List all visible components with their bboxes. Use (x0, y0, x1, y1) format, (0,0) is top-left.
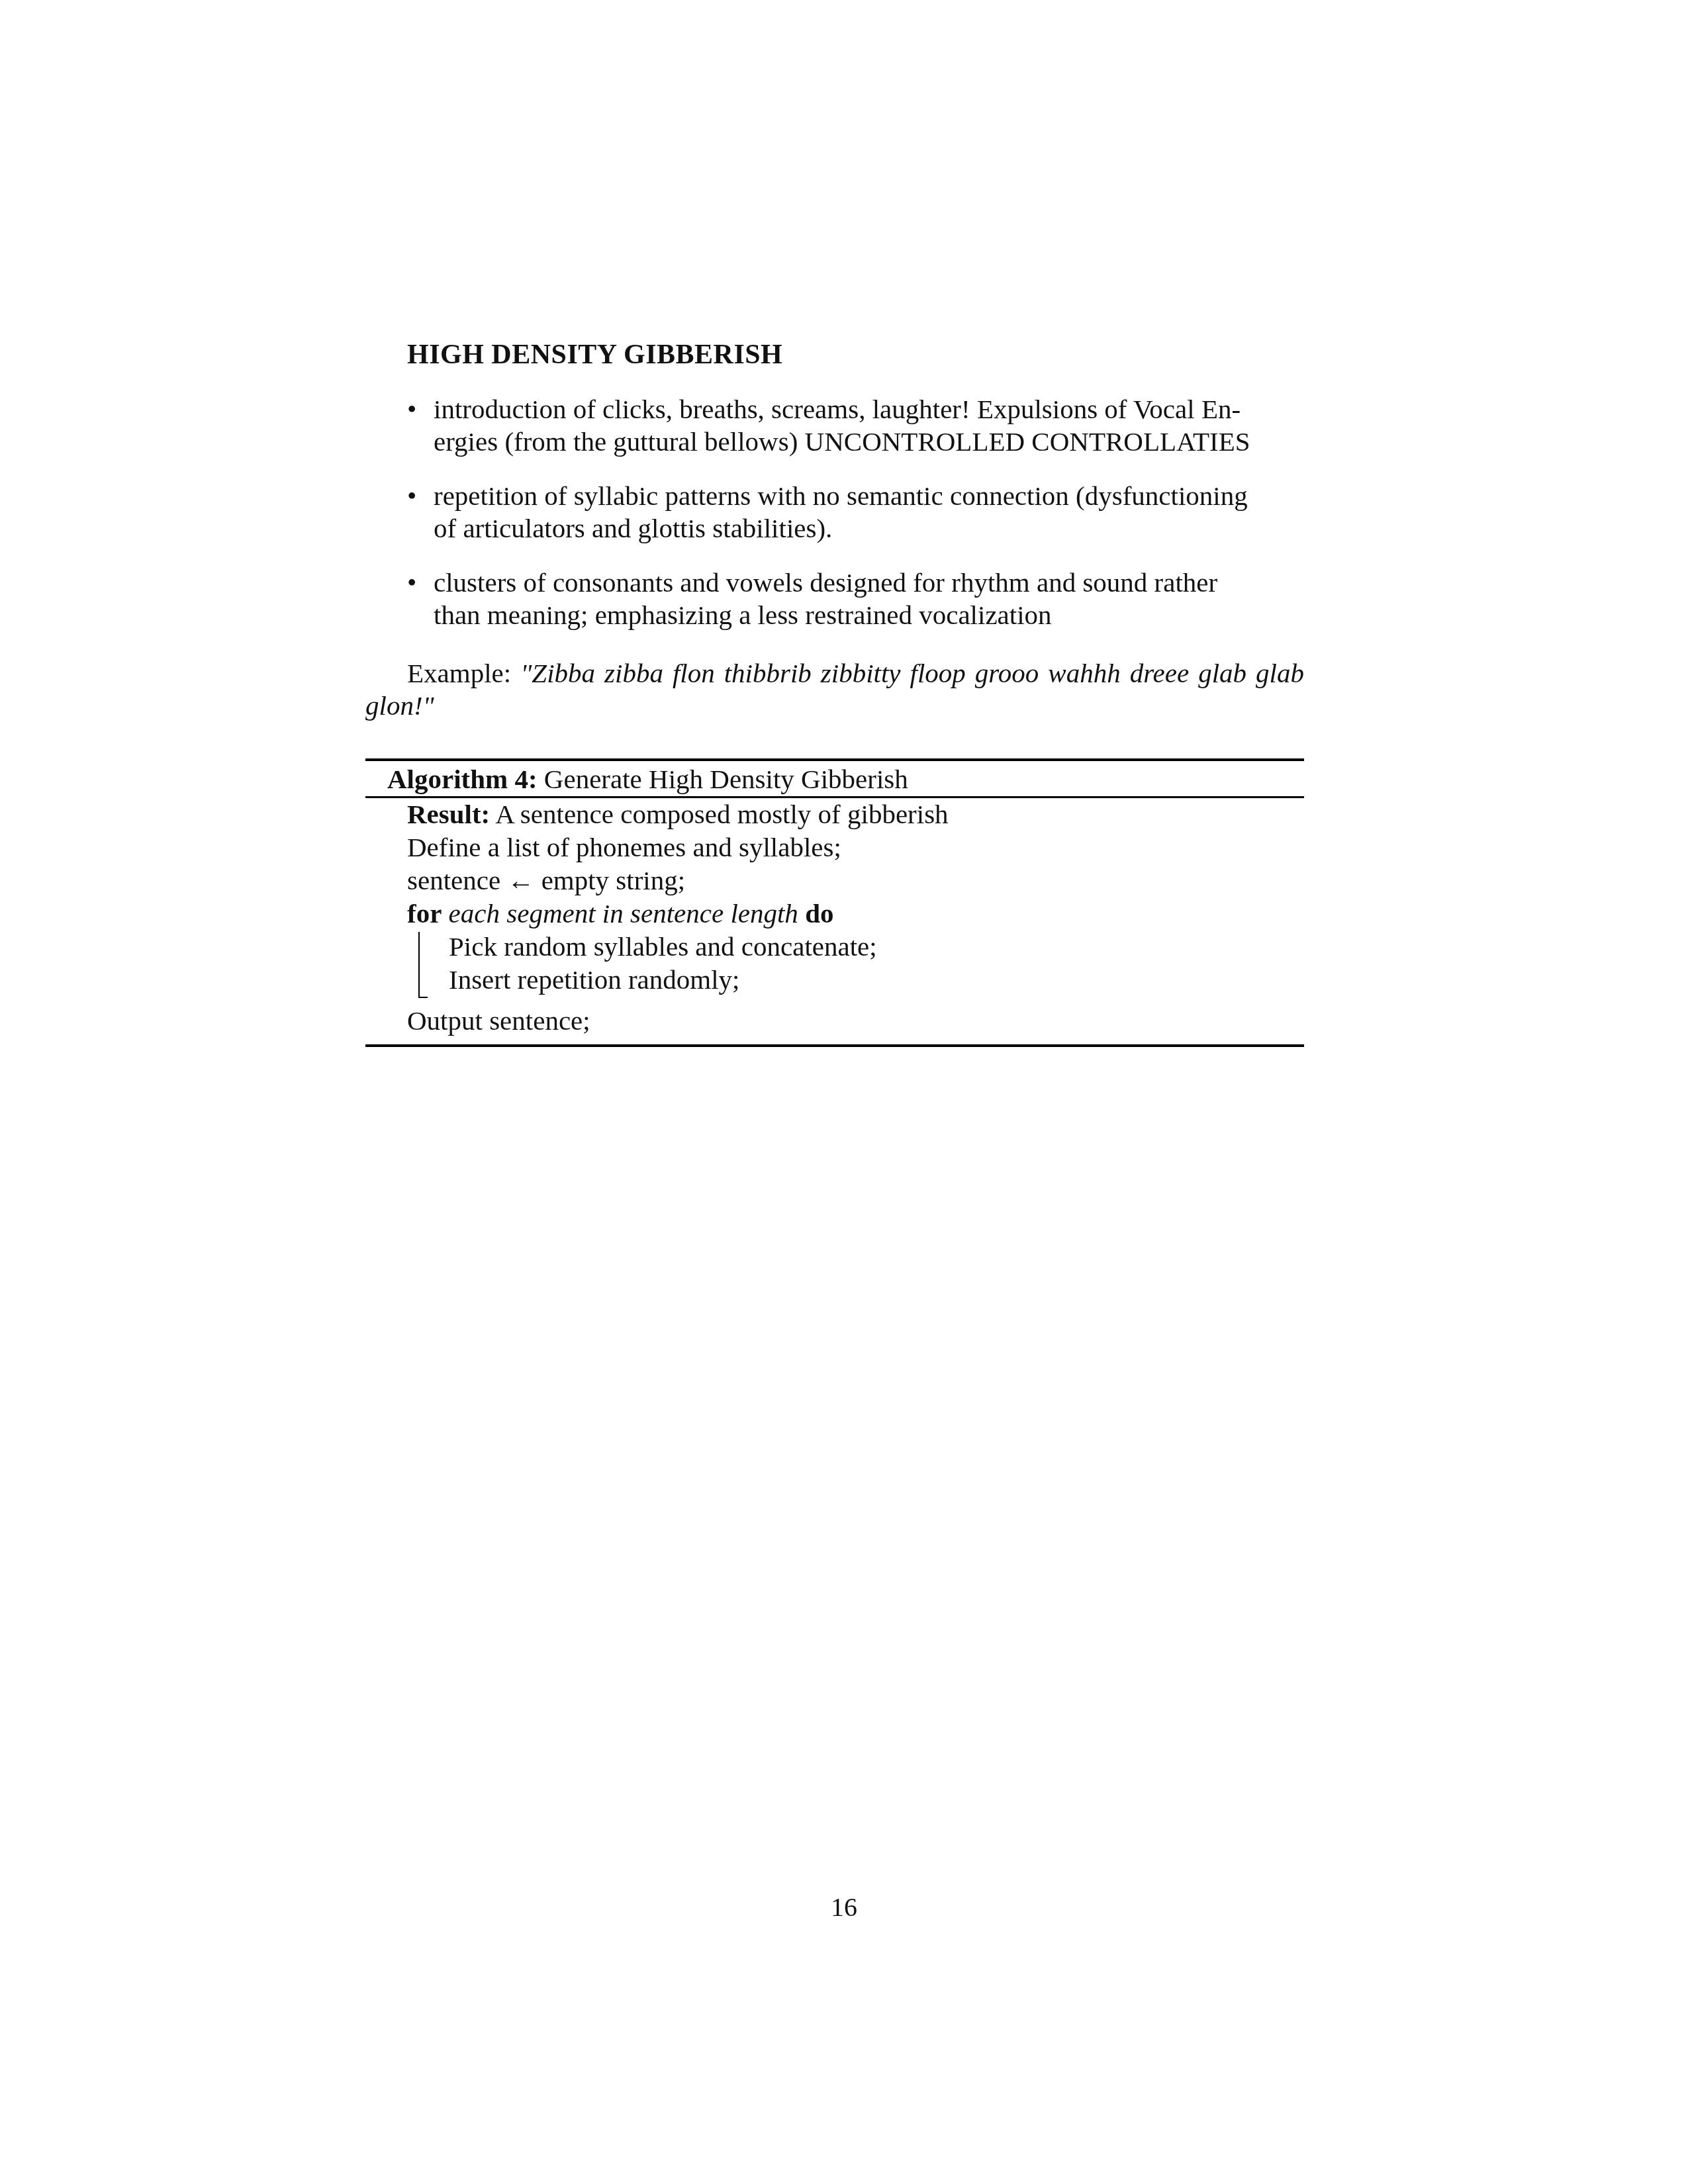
list-item-line: introduction of clicks, breaths, screams… (434, 394, 1241, 424)
list-item: • clusters of consonants and vowels desi… (407, 567, 1304, 631)
algorithm-output-line: Output sentence; (407, 1004, 590, 1037)
list-item-line: ergies (from the guttural bellows) UNCON… (434, 426, 1250, 457)
bullet-icon: • (407, 393, 416, 426)
list-item: • introduction of clicks, breaths, screa… (407, 393, 1304, 458)
algorithm-caption: Algorithm 4: Generate High Density Gibbe… (387, 762, 908, 796)
page-number: 16 (0, 1891, 1688, 1923)
for-condition: each segment in sentence length (449, 898, 798, 929)
algorithm-for-line: for each segment in sentence length do (407, 897, 833, 930)
list-item-line: of articulators and glottis stabilities)… (434, 513, 832, 543)
result-label: Result: (407, 799, 490, 829)
algorithm-loop-line: Pick random syllables and concatenate; (449, 930, 877, 963)
list-item-line: clusters of consonants and vowels design… (434, 567, 1217, 598)
algorithm-define-line: Define a list of phonemes and syllables; (407, 831, 841, 864)
loop-block-bar (418, 932, 420, 998)
algorithm-title: Generate High Density Gibberish (544, 764, 908, 794)
example-label: Example: (407, 658, 511, 688)
example-paragraph: Example: "Zibba zibba flon thibbrib zibb… (365, 657, 1304, 722)
algorithm-top-rule (365, 758, 1304, 761)
do-keyword: do (805, 898, 833, 929)
feature-list: • introduction of clicks, breaths, screa… (407, 393, 1304, 653)
result-text: A sentence composed mostly of gibberish (495, 799, 948, 829)
algorithm-label: Algorithm 4: (387, 764, 538, 794)
left-arrow-icon: ← (507, 865, 534, 895)
list-item-line: repetition of syllabic patterns with no … (434, 480, 1248, 511)
for-keyword: for (407, 898, 442, 929)
algorithm-loop-line: Insert repetition randomly; (449, 963, 740, 996)
list-item: • repetition of syllabic patterns with n… (407, 480, 1304, 545)
algorithm-init-line: sentence ← empty string; (407, 864, 685, 897)
bullet-icon: • (407, 480, 416, 512)
list-item-line: than meaning; emphasizing a less restrai… (434, 600, 1052, 630)
algorithm-bottom-rule (365, 1044, 1304, 1047)
bullet-icon: • (407, 567, 416, 599)
section-heading: HIGH DENSITY GIBBERISH (407, 339, 782, 371)
loop-block-end (418, 997, 428, 998)
algorithm-result-line: Result: A sentence composed mostly of gi… (407, 797, 949, 831)
